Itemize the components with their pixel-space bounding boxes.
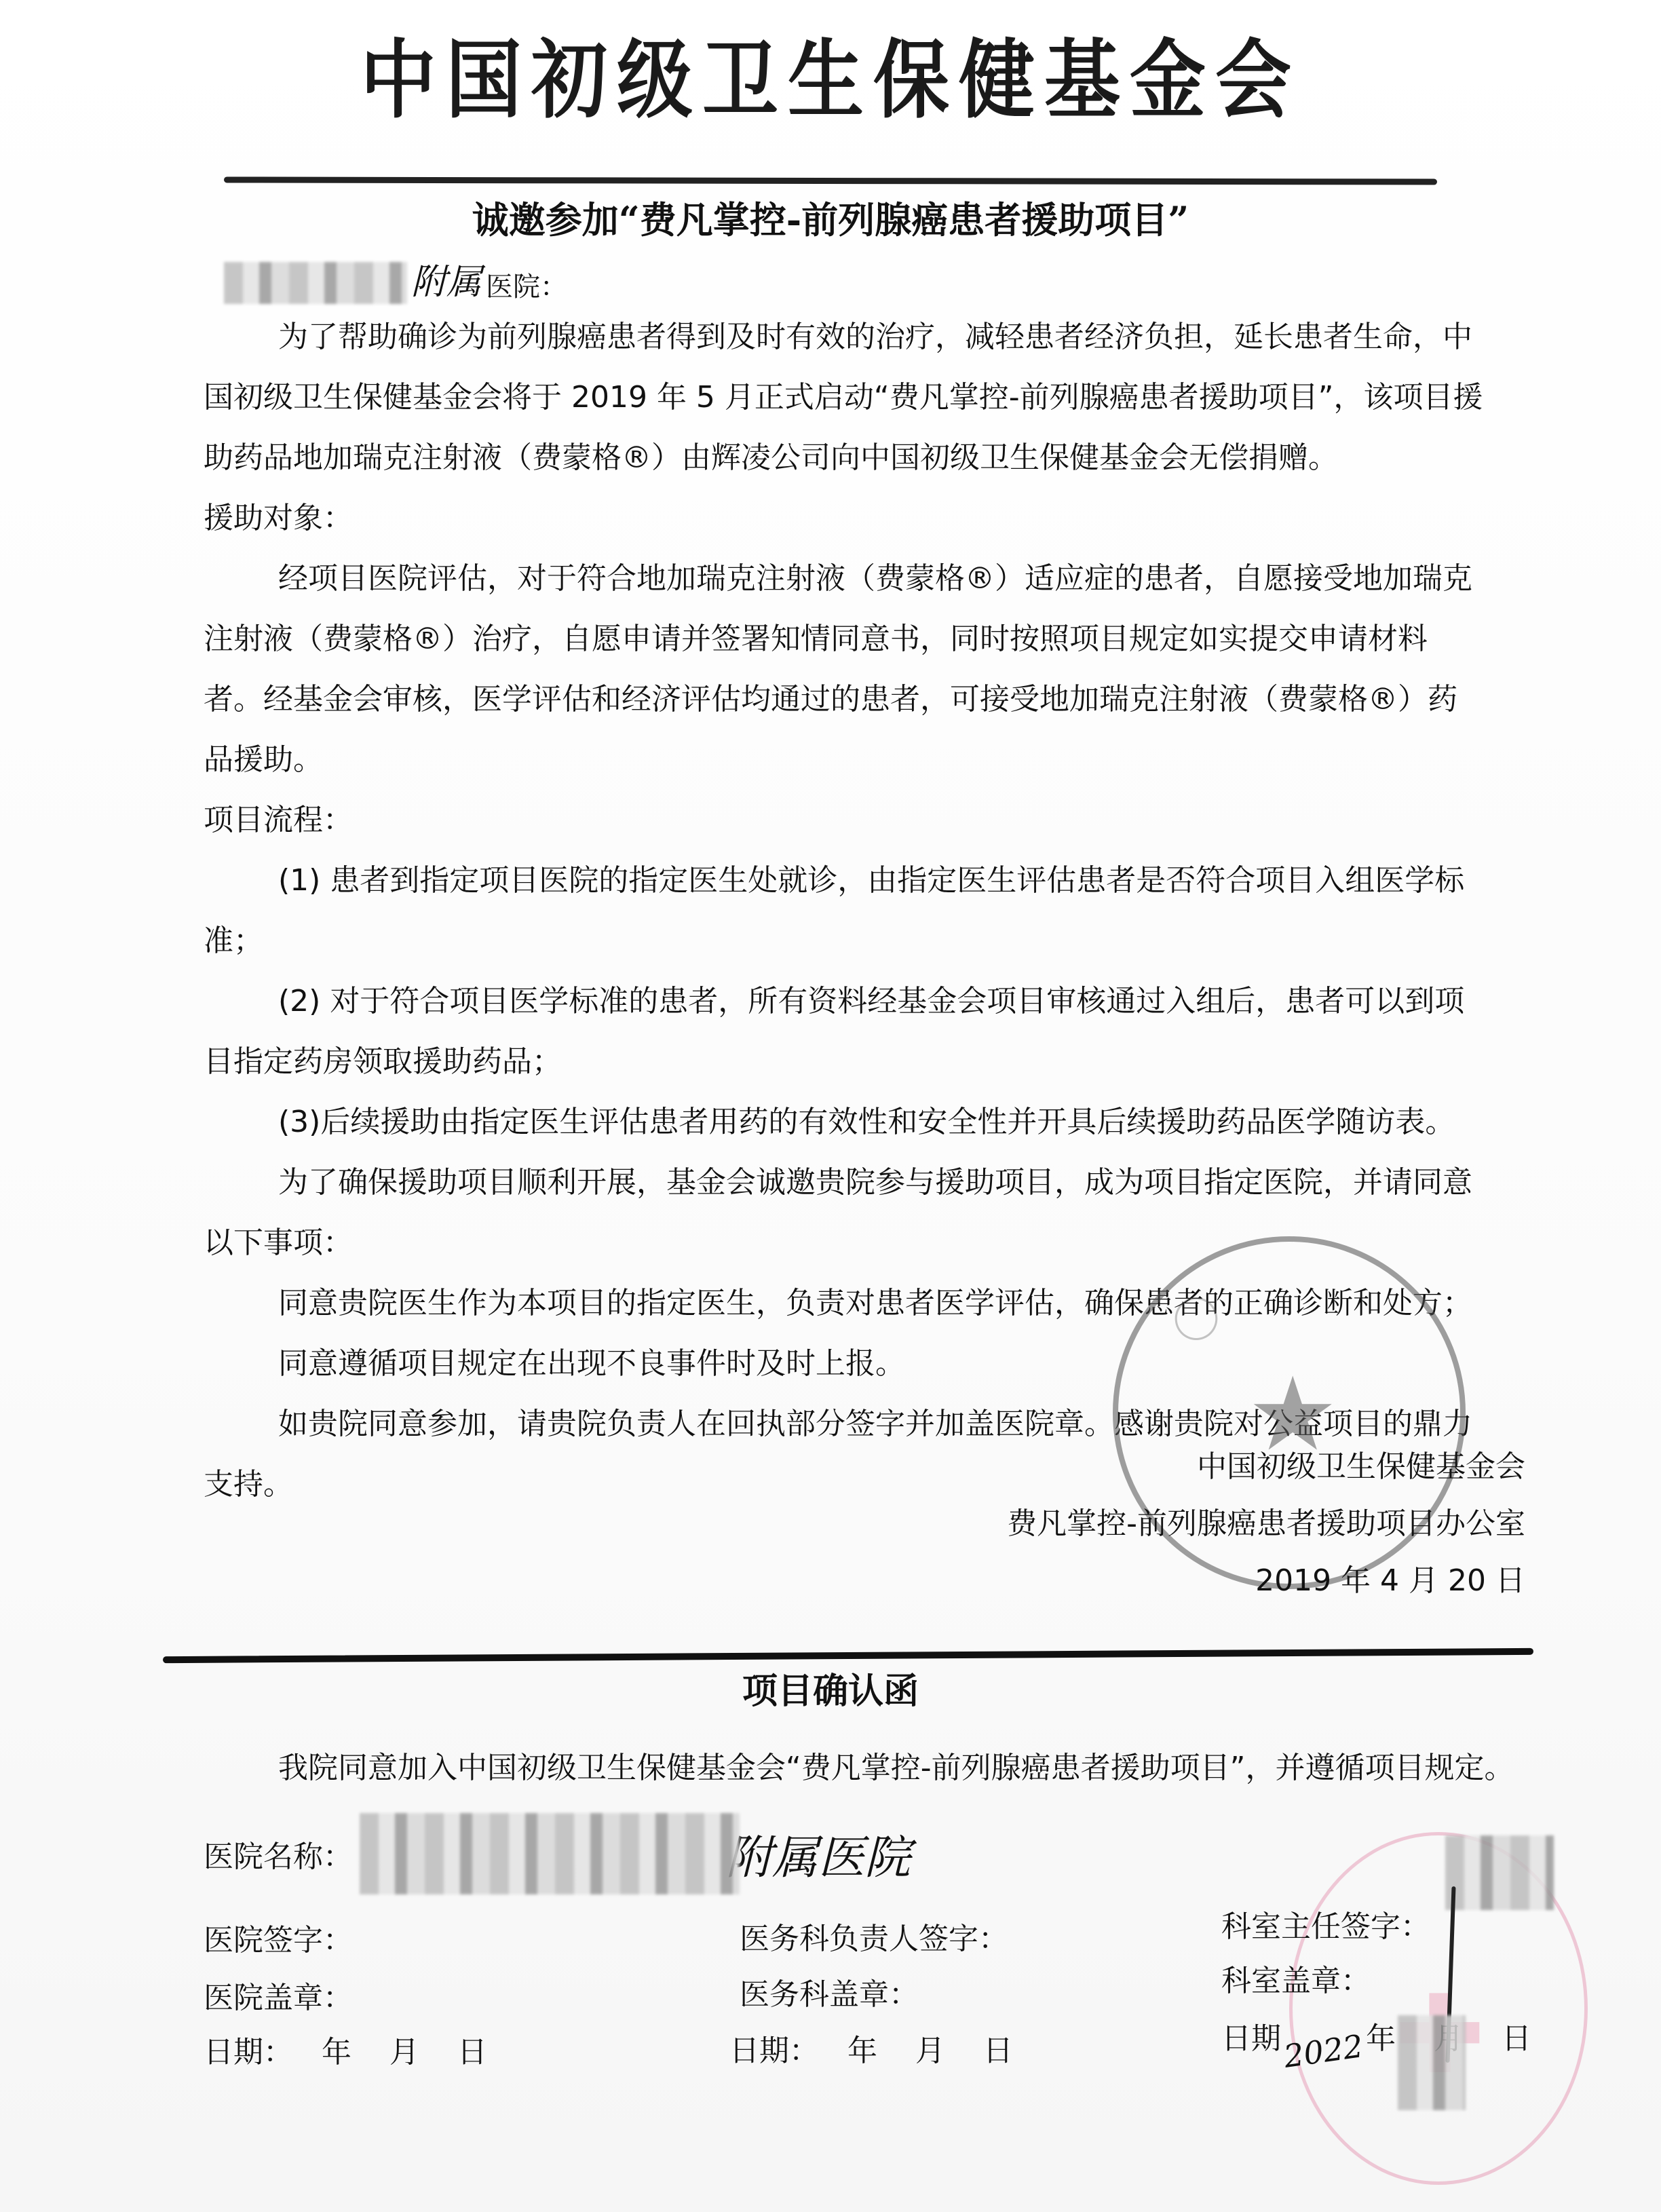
document-page: 中国初级卫生保健基金会 诚邀参加“费凡掌控-前列腺癌患者援助项目” 附属 医院：… [0,0,1661,2212]
signature-date: 2019 年 4 月 20 日 [1007,1552,1525,1609]
hospital-name-field: 医院名称： 附属医院 [204,1813,915,1894]
redacted-date-values [1398,2015,1466,2110]
dept-director-sign-field: 科室主任签字： [1221,1907,1430,1947]
seal-arc-text: 〇 [1172,1282,1220,1351]
medical-dept-sign-field: 医务科负责人签字： [740,1919,1008,1960]
redacted-director-signature [1445,1835,1554,1910]
handwritten-hospital-name: 附属医院 [726,1821,911,1887]
intro-paragraph: 为了帮助确诊为前列腺癌患者得到及时有效的治疗，减轻患者经济负担，延长患者生命，中… [204,307,1486,488]
confirmation-title: 项目确认函 [0,1662,1661,1713]
medical-dept-date-field: 日期： 年 月 日 [729,2031,1013,2072]
dept-date-field: 日期 2022 年 月 日 [1221,2019,1531,2059]
hospital-seal-field: 医院盖章： [204,1978,353,2019]
medical-dept-seal-field: 医务科盖章： [740,1975,919,2015]
recipients-paragraph: 经项目医院评估，对于符合地加瑞克注射液（费蒙格®）适应症的患者，自愿接受地加瑞克… [204,548,1486,790]
redacted-hospital-name [360,1813,740,1894]
process-step-3: (3)后续援助由指定医生评估患者用药的有效性和安全性并开具后续援助药品医学随访表… [204,1092,1486,1152]
process-step-1: (1) 患者到指定项目医院的指定医生处就诊，由指定医生评估患者是否符合项目入组医… [204,850,1486,971]
signature-org: 中国初级卫生保健基金会 [1007,1438,1525,1495]
dept-date-label: 日期 [1221,2019,1281,2059]
confirmation-body: 我院同意加入中国初级卫生保健基金会“费凡掌控-前列腺癌患者援助项目”，并遵循项目… [204,1737,1527,1799]
letterhead: 中国初级卫生保健基金会 [0,12,1661,134]
signature-office: 费凡掌控-前列腺癌患者援助项目办公室 [1007,1495,1525,1552]
hospital-sign-field: 医院签字： [204,1920,353,1961]
section-divider [163,1648,1533,1663]
handwritten-text: 附属 [411,253,482,304]
section-heading-recipients: 援助对象： [204,488,1486,548]
process-step-2: (2) 对于符合项目医学标准的患者，所有资料经基金会项目审核通过入组后，患者可以… [204,971,1486,1092]
hospital-date-field: 日期： 年 月 日 [204,2032,487,2073]
header-divider [224,176,1437,185]
confirmation-statement: 我院同意加入中国初级卫生保健基金会“费凡掌控-前列腺癌患者援助项目”，并遵循项目… [204,1737,1527,1799]
hospital-name-label: 医院名称： [204,1832,353,1875]
salutation-suffix: 医院： [486,265,567,304]
section-heading-process: 项目流程： [204,790,1486,850]
redacted-hospital-name [224,262,407,304]
invitation-title: 诚邀参加“费凡掌控-前列腺癌患者援助项目” [0,191,1661,244]
signature-block: 中国初级卫生保健基金会 费凡掌控-前列腺癌患者援助项目办公室 2019 年 4 … [1007,1438,1525,1609]
dept-seal-field: 科室盖章： [1221,1961,1371,2002]
salutation: 附属 医院： [224,263,567,304]
